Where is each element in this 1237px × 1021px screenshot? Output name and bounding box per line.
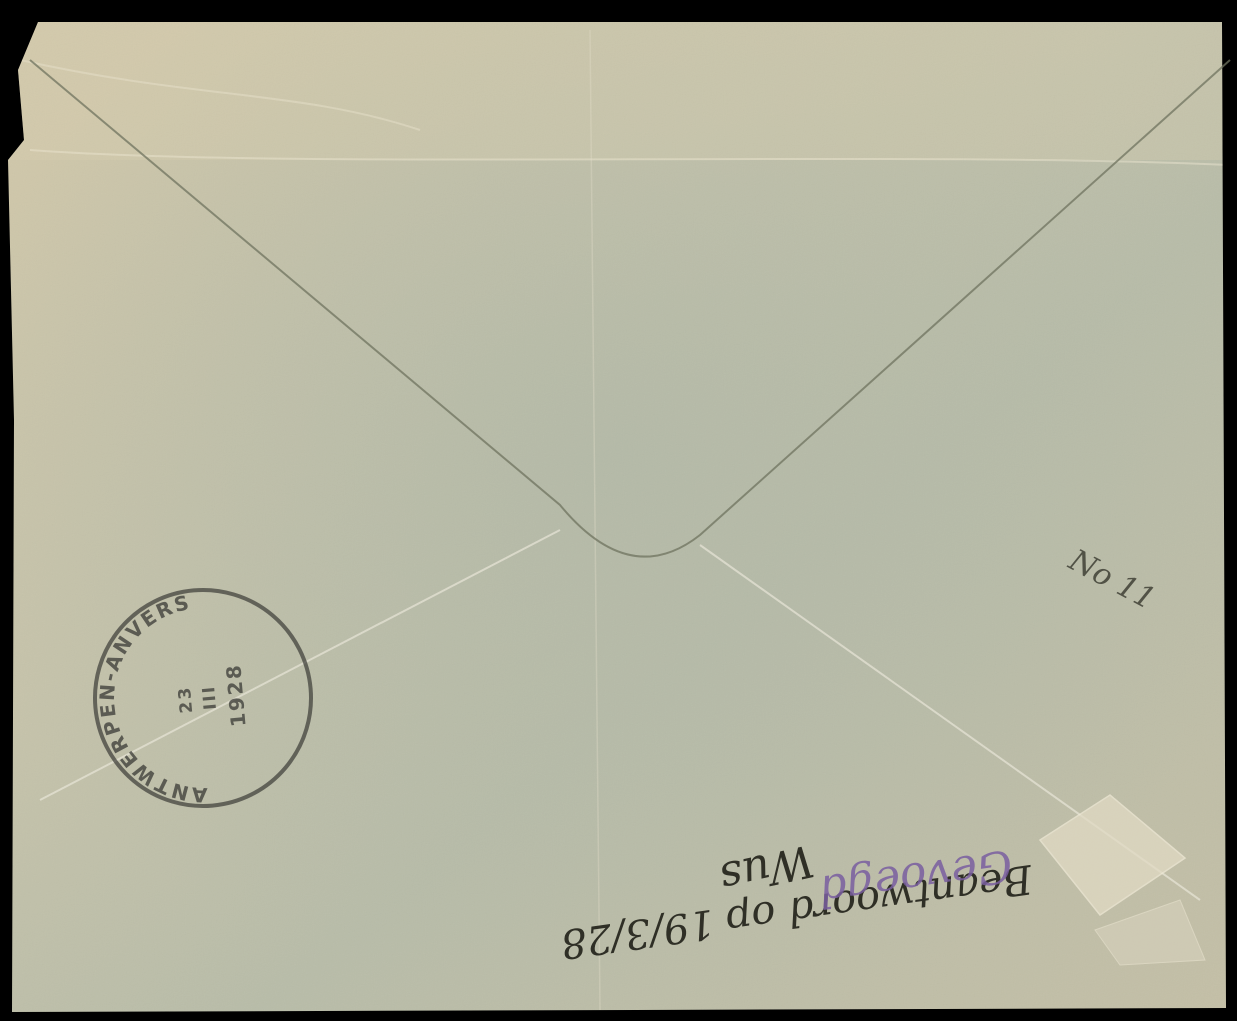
envelope-back-photo: ANTWERPEN-ANVERS 23 III 1928 No 11 Beant… <box>0 0 1237 1021</box>
postmark-month: III <box>199 684 221 711</box>
envelope-paper <box>0 0 1237 1021</box>
postmark-day: 23 <box>175 685 197 714</box>
